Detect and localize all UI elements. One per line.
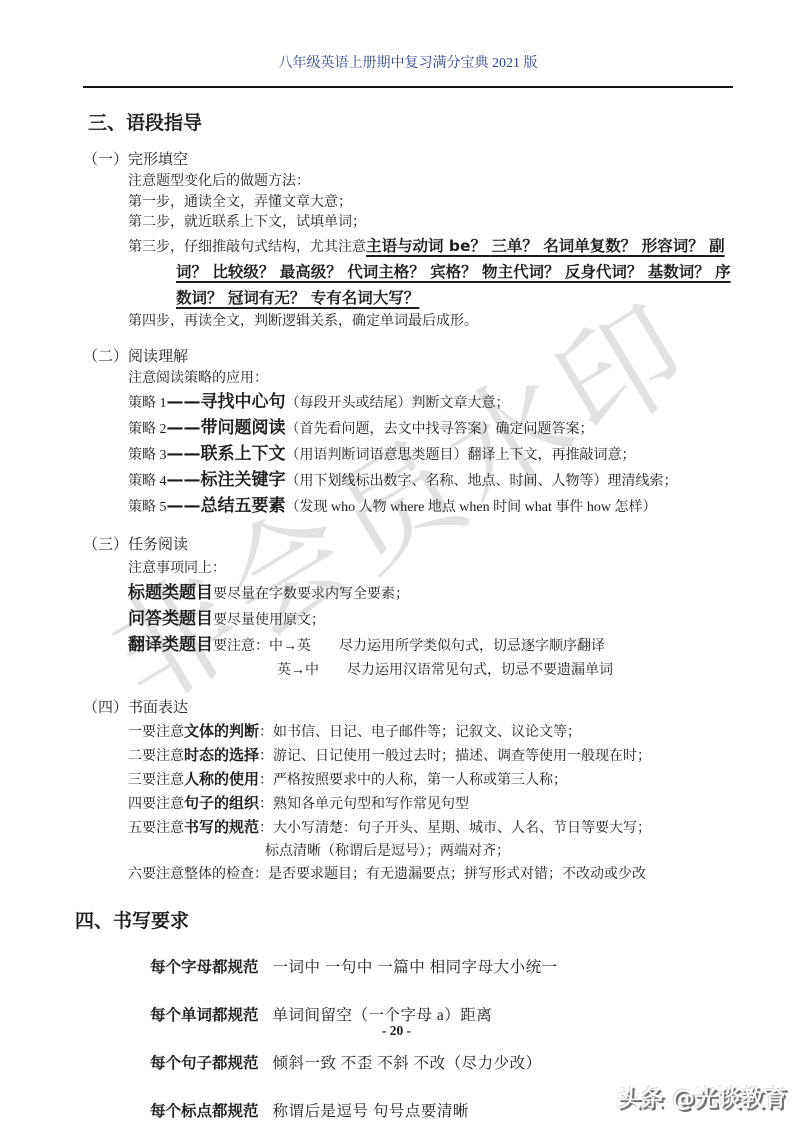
strategy-rest: （用语判断词语意思类题目）翻译上下文，再推敲词意；	[286, 448, 636, 463]
strategy-prefix: 策略 1	[128, 396, 167, 411]
writing-item6: 六要注意整体的检查：是否要求题目；有无遗漏要点；拼写形式对错；不改动或少改	[128, 863, 733, 886]
strategy-line: 策略 3——联系上下文（用语判断词语意思类题目）翻译上下文，再推敲词意；	[128, 442, 733, 468]
rule-label: 每个单词都规范	[150, 1003, 259, 1025]
task-keyword: 标题类题目	[128, 583, 213, 603]
writing-prefix: 四要注意	[128, 797, 184, 812]
writing-prefix: 一要注意	[128, 725, 184, 740]
cloze-step2: 第二步，就近联系上下文，试填单词；	[128, 213, 733, 234]
rule-text: 一词中 一句中 一篇中 相同字母大小统一	[273, 955, 558, 977]
writing-prefix: 五要注意	[128, 821, 184, 836]
section3-title: 三、语段指导	[88, 108, 733, 135]
task-translate-cont: 英→中 尽力运用汉语常见句式，切忌不要遗漏单词	[277, 659, 733, 683]
writing-keyword: 书写的规范	[184, 818, 259, 836]
subsection-cloze-title: （一）完形填空	[83, 148, 733, 169]
cloze-step4: 第四步，再读全文，判断逻辑关系，确定单词最后成形。	[128, 312, 733, 333]
strategy-line: 策略 1——寻找中心句（每段开头或结尾）判断文章大意；	[128, 390, 733, 416]
task-keyword: 翻译类题目	[128, 635, 213, 655]
writing-item: 二要注意时态的选择：游记、日记使用一般过去时；描述、调查等使用一般现在时；	[128, 744, 733, 768]
writing-rest: ：熟知各单元句型和写作常见句型	[259, 797, 469, 812]
writing-keyword: 人称的使用	[184, 770, 259, 788]
rule-label: 每个字母都规范	[150, 955, 259, 977]
subsection-task: （三）任务阅读 注意事项同上： 标题类题目要尽量在字数要求内写全要素； 问答类题…	[83, 533, 733, 683]
rule-row: 每个单词都规范单词间留空（一个字母 a）距离	[150, 1003, 733, 1025]
writing-rest: ：大小写清楚：句子开头、星期、城市、人名、节日等要大写；	[259, 821, 651, 836]
strategy-rest: （发现 who 人物 where 地点 when 时间 what 事件 how …	[286, 500, 657, 515]
writing-item: 四要注意句子的组织：熟知各单元句型和写作常见句型	[128, 792, 733, 816]
subsection-writing: （四）书面表达 一要注意文体的判断：如书信、日记、电子邮件等；记叙文、议论文等；…	[83, 696, 733, 886]
page-number: - 20 -	[0, 1023, 793, 1039]
task-rest: 要注意：中→英 尽力运用所学类似句式，切忌逐字顺序翻译	[213, 639, 605, 654]
writing-prefix: 三要注意	[128, 773, 184, 788]
subsection-reading-title: （二）阅读理解	[83, 345, 733, 366]
toutiao-watermark: 头条 @光谈教育	[618, 1080, 787, 1113]
strategy-rest: （用下划线标出数字、名称、地点、时间、人物等）理清线索；	[286, 474, 678, 489]
page-content: 八年级英语上册期中复习满分宝典 2021 版 三、语段指导 （一）完形填空 注意…	[0, 0, 793, 1121]
rule-row: 每个句子都规范倾斜一致 不歪 不斜 不改（尽力少改）	[150, 1051, 733, 1073]
strategy-line: 策略 5——总结五要素（发现 who 人物 where 地点 when 时间 w…	[128, 494, 733, 520]
writing-keyword: 文体的判断	[184, 722, 259, 740]
cloze-step1: 第一步，通读全文，弄懂文章大意；	[128, 193, 733, 214]
cloze-step3-prefix: 第三步，仔细推敲句式结构，尤其注意	[128, 240, 366, 255]
writing-item5-cont: 标点清晰（称谓后是逗号）；两端对齐；	[265, 840, 733, 863]
subsection-task-title: （三）任务阅读	[83, 533, 733, 554]
writing-rest: ：严格按照要求中的人称，第一人称或第三人称；	[259, 773, 567, 788]
strategy-rest: （每段开头或结尾）判断文章大意；	[286, 396, 510, 411]
strategy-prefix: 策略 2	[128, 422, 167, 437]
rule-text: 倾斜一致 不歪 不斜 不改（尽力少改）	[273, 1051, 542, 1073]
cloze-intro: 注意题型变化后的做题方法：	[128, 172, 733, 193]
rule-label: 每个句子都规范	[150, 1051, 259, 1073]
task-rest: 要尽量使用原文；	[213, 613, 325, 628]
writing-keyword: 句子的组织	[184, 794, 259, 812]
document-page: 非会员水印 八年级英语上册期中复习满分宝典 2021 版 三、语段指导 （一）完…	[0, 0, 793, 1122]
strategy-keyword: ——带问题阅读	[167, 418, 286, 438]
strategy-keyword: ——总结五要素	[167, 496, 286, 516]
cloze-step3: 第三步，仔细推敲句式结构，尤其注意主语与动词 be？ 三单？ 名词单复数？ 形容…	[128, 234, 733, 312]
task-rest: 要尽量在字数要求内写全要素；	[213, 587, 409, 602]
strategy-prefix: 策略 5	[128, 500, 167, 515]
writing-rest: ：游记、日记使用一般过去时；描述、调查等使用一般现在时；	[259, 749, 651, 764]
subsection-writing-title: （四）书面表达	[83, 696, 733, 717]
task-item: 问答类题目要尽量使用原文；	[128, 607, 733, 633]
writing-item: 一要注意文体的判断：如书信、日记、电子邮件等；记叙文、议论文等；	[128, 720, 733, 744]
rule-label: 每个标点都规范	[150, 1099, 259, 1121]
subsection-cloze: （一）完形填空 注意题型变化后的做题方法： 第一步，通读全文，弄懂文章大意； 第…	[83, 148, 733, 332]
rule-row: 每个字母都规范一词中 一句中 一篇中 相同字母大小统一	[150, 955, 733, 977]
writing-rest: ：如书信、日记、电子邮件等；记叙文、议论文等；	[259, 725, 581, 740]
task-keyword: 问答类题目	[128, 609, 213, 629]
writing-keyword: 时态的选择	[184, 746, 259, 764]
document-header-title: 八年级英语上册期中复习满分宝典 2021 版	[83, 0, 733, 72]
rule-text: 称谓后是逗号 句号点要清晰	[273, 1099, 469, 1121]
strategy-prefix: 策略 3	[128, 448, 167, 463]
header-divider	[83, 86, 733, 88]
task-item: 翻译类题目要注意：中→英 尽力运用所学类似句式，切忌逐字顺序翻译	[128, 633, 733, 659]
strategy-line: 策略 2——带问题阅读（首先看问题，去文中找寻答案）确定问题答案；	[128, 416, 733, 442]
reading-intro: 注意阅读策略的应用：	[128, 369, 733, 390]
writing-item: 五要注意书写的规范：大小写清楚：句子开头、星期、城市、人名、节日等要大写；	[128, 816, 733, 840]
rule-text: 单词间留空（一个字母 a）距离	[273, 1003, 493, 1025]
writing-prefix: 二要注意	[128, 749, 184, 764]
strategy-keyword: ——标注关键字	[167, 470, 286, 490]
subsection-reading: （二）阅读理解 注意阅读策略的应用： 策略 1——寻找中心句（每段开头或结尾）判…	[83, 345, 733, 520]
strategy-keyword: ——寻找中心句	[167, 392, 286, 412]
strategy-line: 策略 4——标注关键字（用下划线标出数字、名称、地点、时间、人物等）理清线索；	[128, 468, 733, 494]
strategy-keyword: ——联系上下文	[167, 444, 286, 464]
strategy-rest: （首先看问题，去文中找寻答案）确定问题答案；	[286, 422, 594, 437]
strategy-prefix: 策略 4	[128, 474, 167, 489]
task-intro: 注意事项同上：	[128, 557, 733, 581]
task-item: 标题类题目要尽量在字数要求内写全要素；	[128, 581, 733, 607]
writing-item: 三要注意人称的使用：严格按照要求中的人称，第一人称或第三人称；	[128, 768, 733, 792]
section4-title: 四、书写要求	[75, 906, 733, 933]
